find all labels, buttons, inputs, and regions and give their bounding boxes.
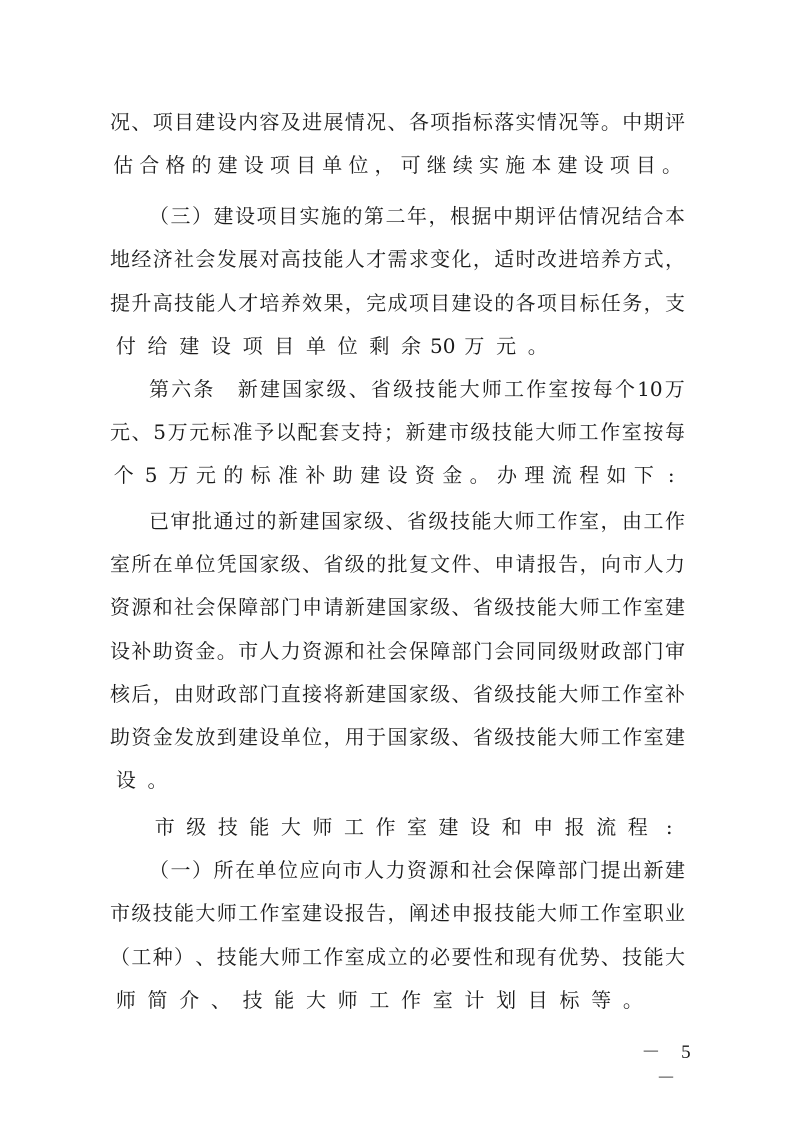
text-line: 设补助资金。市人力资源和社会保障部门会同同级财政部门审 xyxy=(110,636,685,666)
text-line: 付给建设项目单位剩余50万元。 xyxy=(110,331,685,361)
text-line: 个5万元的标准补助建设资金。办理流程如下: xyxy=(110,460,685,490)
text-line: 第六条 新建国家级、省级技能大师工作室按每个10万 xyxy=(149,374,685,404)
text-line: 地经济社会发展对高技能人才需求变化，适时改进培养方式， xyxy=(110,244,685,274)
text-line: 核后，由财政部门直接将新建国家级、省级技能大师工作室补 xyxy=(110,679,685,709)
text-line: 助资金发放到建设单位，用于国家级、省级技能大师工作室建 xyxy=(110,722,685,752)
text-line: 资源和社会保障部门申请新建国家级、省级技能大师工作室建 xyxy=(110,592,685,622)
text-line: 师简介、技能大师工作室计划目标等。 xyxy=(110,985,685,1015)
text-line: 估合格的建设项目单位，可继续实施本建设项目。 xyxy=(110,150,685,180)
text-line: （工种）、技能大师工作室成立的必要性和现有优势、技能大 xyxy=(110,942,685,972)
text-line: 市级技能大师工作室建设报告，阐述申报技能大师工作室职业 xyxy=(110,898,685,928)
page-number: － 5 － xyxy=(630,1040,710,1066)
text-line: 提升高技能人才培养效果，完成项目建设的各项目标任务，支 xyxy=(110,288,685,318)
text-line: （一）所在单位应向市人力资源和社会保障部门提出新建 xyxy=(149,855,685,885)
text-line: （三）建设项目实施的第二年，根据中期评估情况结合本 xyxy=(149,201,685,231)
text-line: 设。 xyxy=(110,765,685,795)
text-line: 已审批通过的新建国家级、省级技能大师工作室，由工作 xyxy=(149,506,685,536)
text-line: 市级技能大师工作室建设和申报流程: xyxy=(149,812,685,842)
text-line: 况、项目建设内容及进展情况、各项指标落实情况等。中期评 xyxy=(110,107,685,137)
text-line: 室所在单位凭国家级、省级的批复文件、申请报告，向市人力 xyxy=(110,549,685,579)
text-line: 元、5万元标准予以配套支持；新建市级技能大师工作室按每 xyxy=(110,417,685,447)
document-page: 况、项目建设内容及进展情况、各项指标落实情况等。中期评估合格的建设项目单位，可继… xyxy=(0,0,793,1122)
